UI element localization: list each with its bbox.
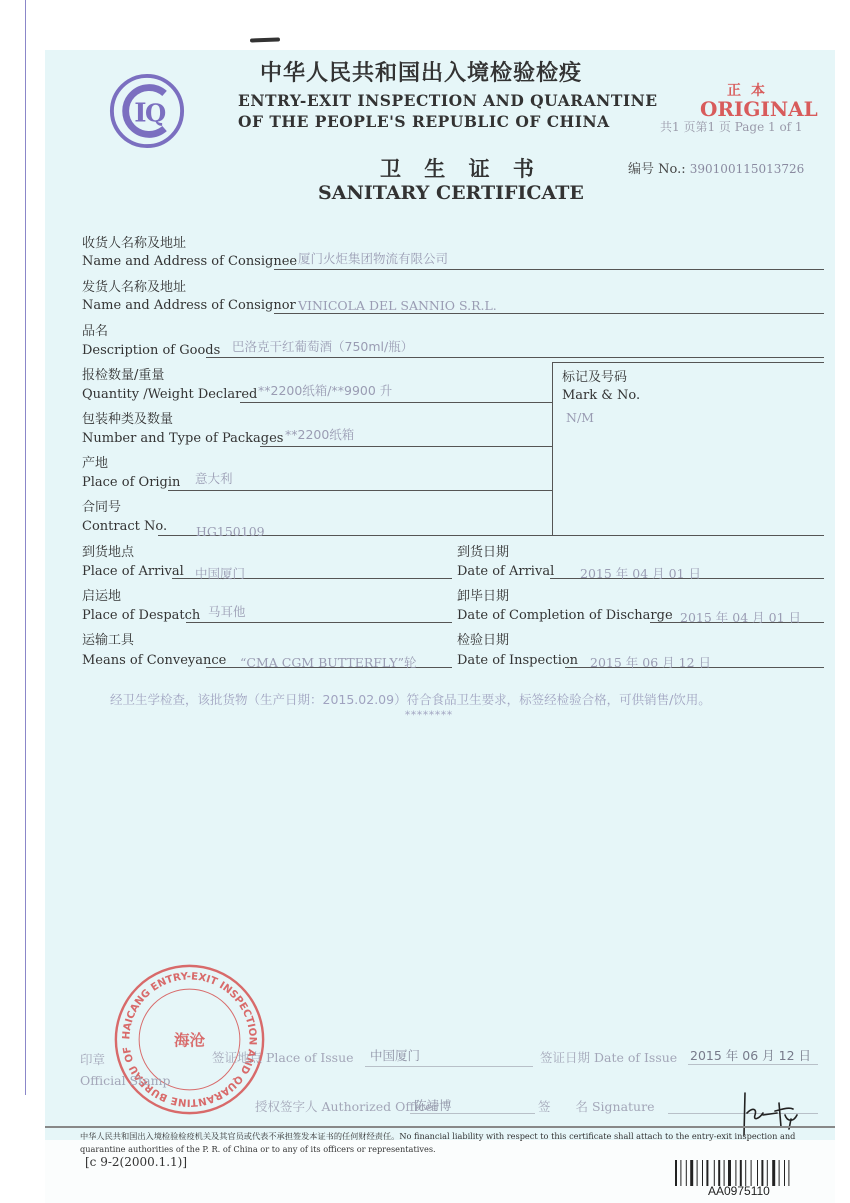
- liability-disclaimer: 中华人民共和国出入境检验检疫机关及其官员或代表不承担签发本证书的任何财经责任。N…: [80, 1130, 830, 1156]
- place-of-issue-label: 签证地点 Place of Issue: [212, 1048, 354, 1066]
- marks-label-en: Mark & No.: [562, 388, 640, 403]
- svg-text:Q: Q: [145, 99, 166, 128]
- authority-name-en-2: OF THE PEOPLE'S REPUBLIC OF CHINA: [238, 112, 610, 131]
- svg-text:海沧: 海沧: [174, 1030, 206, 1049]
- consignee-underline: [274, 269, 824, 270]
- statement-end-stars: ********: [405, 710, 453, 721]
- origin-underline: [168, 490, 552, 491]
- origin-label-cn: 产地: [82, 452, 108, 471]
- despatch-label-cn: 启运地: [82, 585, 121, 604]
- date-of-issue-underline: [688, 1064, 818, 1065]
- conveyance-value: “CMA CGM BUTTERFLY”轮: [240, 653, 417, 671]
- ciq-logo-icon: I Q: [108, 72, 186, 150]
- footer-divider: [45, 1126, 835, 1128]
- barcode-number: AA0975110: [708, 1184, 770, 1198]
- goods-value: 巴洛克干红葡萄酒（750ml/瓶）: [232, 337, 413, 355]
- arrival-place-value: 中国厦门: [195, 564, 245, 582]
- consignee-value: 厦门火炬集团物流有限公司: [298, 249, 448, 267]
- certificate-number-label: 编号 No.:: [628, 162, 686, 177]
- consignee-label-cn: 收货人名称及地址: [82, 232, 186, 251]
- despatch-underline: [186, 622, 452, 623]
- stamp-label-cn: 印章: [80, 1050, 105, 1068]
- marks-label-cn: 标记及号码: [562, 366, 627, 385]
- origin-value: 意大利: [195, 469, 233, 487]
- arrival-place-label-cn: 到货地点: [82, 541, 134, 560]
- discharge-date-label-cn: 卸毕日期: [457, 585, 509, 604]
- contract-label-en: Contract No.: [82, 519, 167, 534]
- packages-underline: [260, 446, 552, 447]
- section-divider: [552, 362, 553, 536]
- marks-box-top: [552, 362, 824, 363]
- marks-value: N/M: [566, 410, 594, 425]
- date-of-issue-label: 签证日期 Date of Issue: [540, 1048, 677, 1066]
- consignor-label-en: Name and Address of Consignor: [82, 298, 296, 313]
- place-of-issue-value: 中国厦门: [370, 1046, 420, 1064]
- stamp-label-en: Official Stamp: [80, 1073, 170, 1088]
- arrival-date-label-en: Date of Arrival: [457, 564, 554, 579]
- authority-name-cn: 中华人民共和国出入境检验检疫: [260, 56, 582, 87]
- date-of-issue-value: 2015 年 06 月 12 日: [690, 1046, 811, 1064]
- certificate-number-value: 390100115013726: [690, 162, 805, 176]
- quantity-underline: [240, 402, 552, 403]
- packages-value: **2200纸箱: [285, 425, 354, 443]
- conveyance-label-cn: 运输工具: [82, 629, 134, 648]
- authorized-officer-underline: [410, 1113, 535, 1114]
- authority-name-en-1: ENTRY-EXIT INSPECTION AND QUARANTINE: [238, 91, 658, 110]
- arrival-date-label-cn: 到货日期: [457, 541, 509, 560]
- goods-label-en: Description of Goods: [82, 343, 220, 358]
- discharge-date-value: 2015 年 04 月 01 日: [680, 608, 801, 626]
- arrival-place-label-en: Place of Arrival: [82, 564, 184, 579]
- packages-label-en: Number and Type of Packages: [82, 431, 283, 446]
- quantity-value: **2200纸箱/**9900 升: [258, 381, 392, 399]
- contract-label-cn: 合同号: [82, 496, 121, 515]
- consignee-label-en: Name and Address of Consignee: [82, 254, 297, 269]
- barcode-icon: [675, 1160, 825, 1186]
- inspection-date-label-cn: 检验日期: [457, 629, 509, 648]
- packages-label-cn: 包装种类及数量: [82, 408, 173, 427]
- inspection-statement: 经卫生学检查，该批货物（生产日期：2015.02.09）符合食品卫生要求，标签经…: [110, 690, 711, 708]
- origin-label-en: Place of Origin: [82, 475, 180, 490]
- certificate-title-en: SANITARY CERTIFICATE: [318, 182, 584, 204]
- official-stamp-icon: HAICANG ENTRY-EXIT INSPECTION AND QUARAN…: [112, 962, 267, 1117]
- scan-edge-line: [25, 0, 26, 1095]
- signature-label: 签 名 Signature: [538, 1097, 655, 1115]
- staple-mark: [250, 37, 280, 42]
- consignor-label-cn: 发货人名称及地址: [82, 276, 186, 295]
- consignor-underline: [274, 313, 824, 314]
- arrival-date-value: 2015 年 04 月 01 日: [580, 564, 701, 582]
- consignor-value: VINICOLA DEL SANNIO S.R.L.: [298, 298, 497, 313]
- authorized-officer-value: 陈靖博: [414, 1096, 452, 1114]
- page-info: 共1 页第1 页 Page 1 of 1: [660, 118, 803, 135]
- discharge-date-label-en: Date of Completion of Discharge: [457, 608, 673, 623]
- goods-label-cn: 品名: [82, 320, 108, 339]
- inspection-date-label-en: Date of Inspection: [457, 653, 578, 668]
- place-of-issue-underline: [365, 1066, 533, 1067]
- despatch-value: 马耳他: [208, 602, 246, 620]
- goods-underline: [206, 357, 824, 358]
- conveyance-label-en: Means of Conveyance: [82, 653, 226, 668]
- quantity-label-cn: 报检数量/重量: [82, 364, 164, 383]
- despatch-label-en: Place of Despatch: [82, 608, 200, 623]
- quantity-label-en: Quantity /Weight Declared: [82, 387, 257, 402]
- contract-value: HG150109: [196, 524, 265, 539]
- certificate-number: 编号 No.: 390100115013726: [628, 158, 804, 177]
- certificate-title-cn: 卫 生 证 书: [380, 153, 542, 183]
- form-code: [c 9-2(2000.1.1)]: [85, 1155, 187, 1169]
- inspection-date-value: 2015 年 06 月 12 日: [590, 653, 711, 671]
